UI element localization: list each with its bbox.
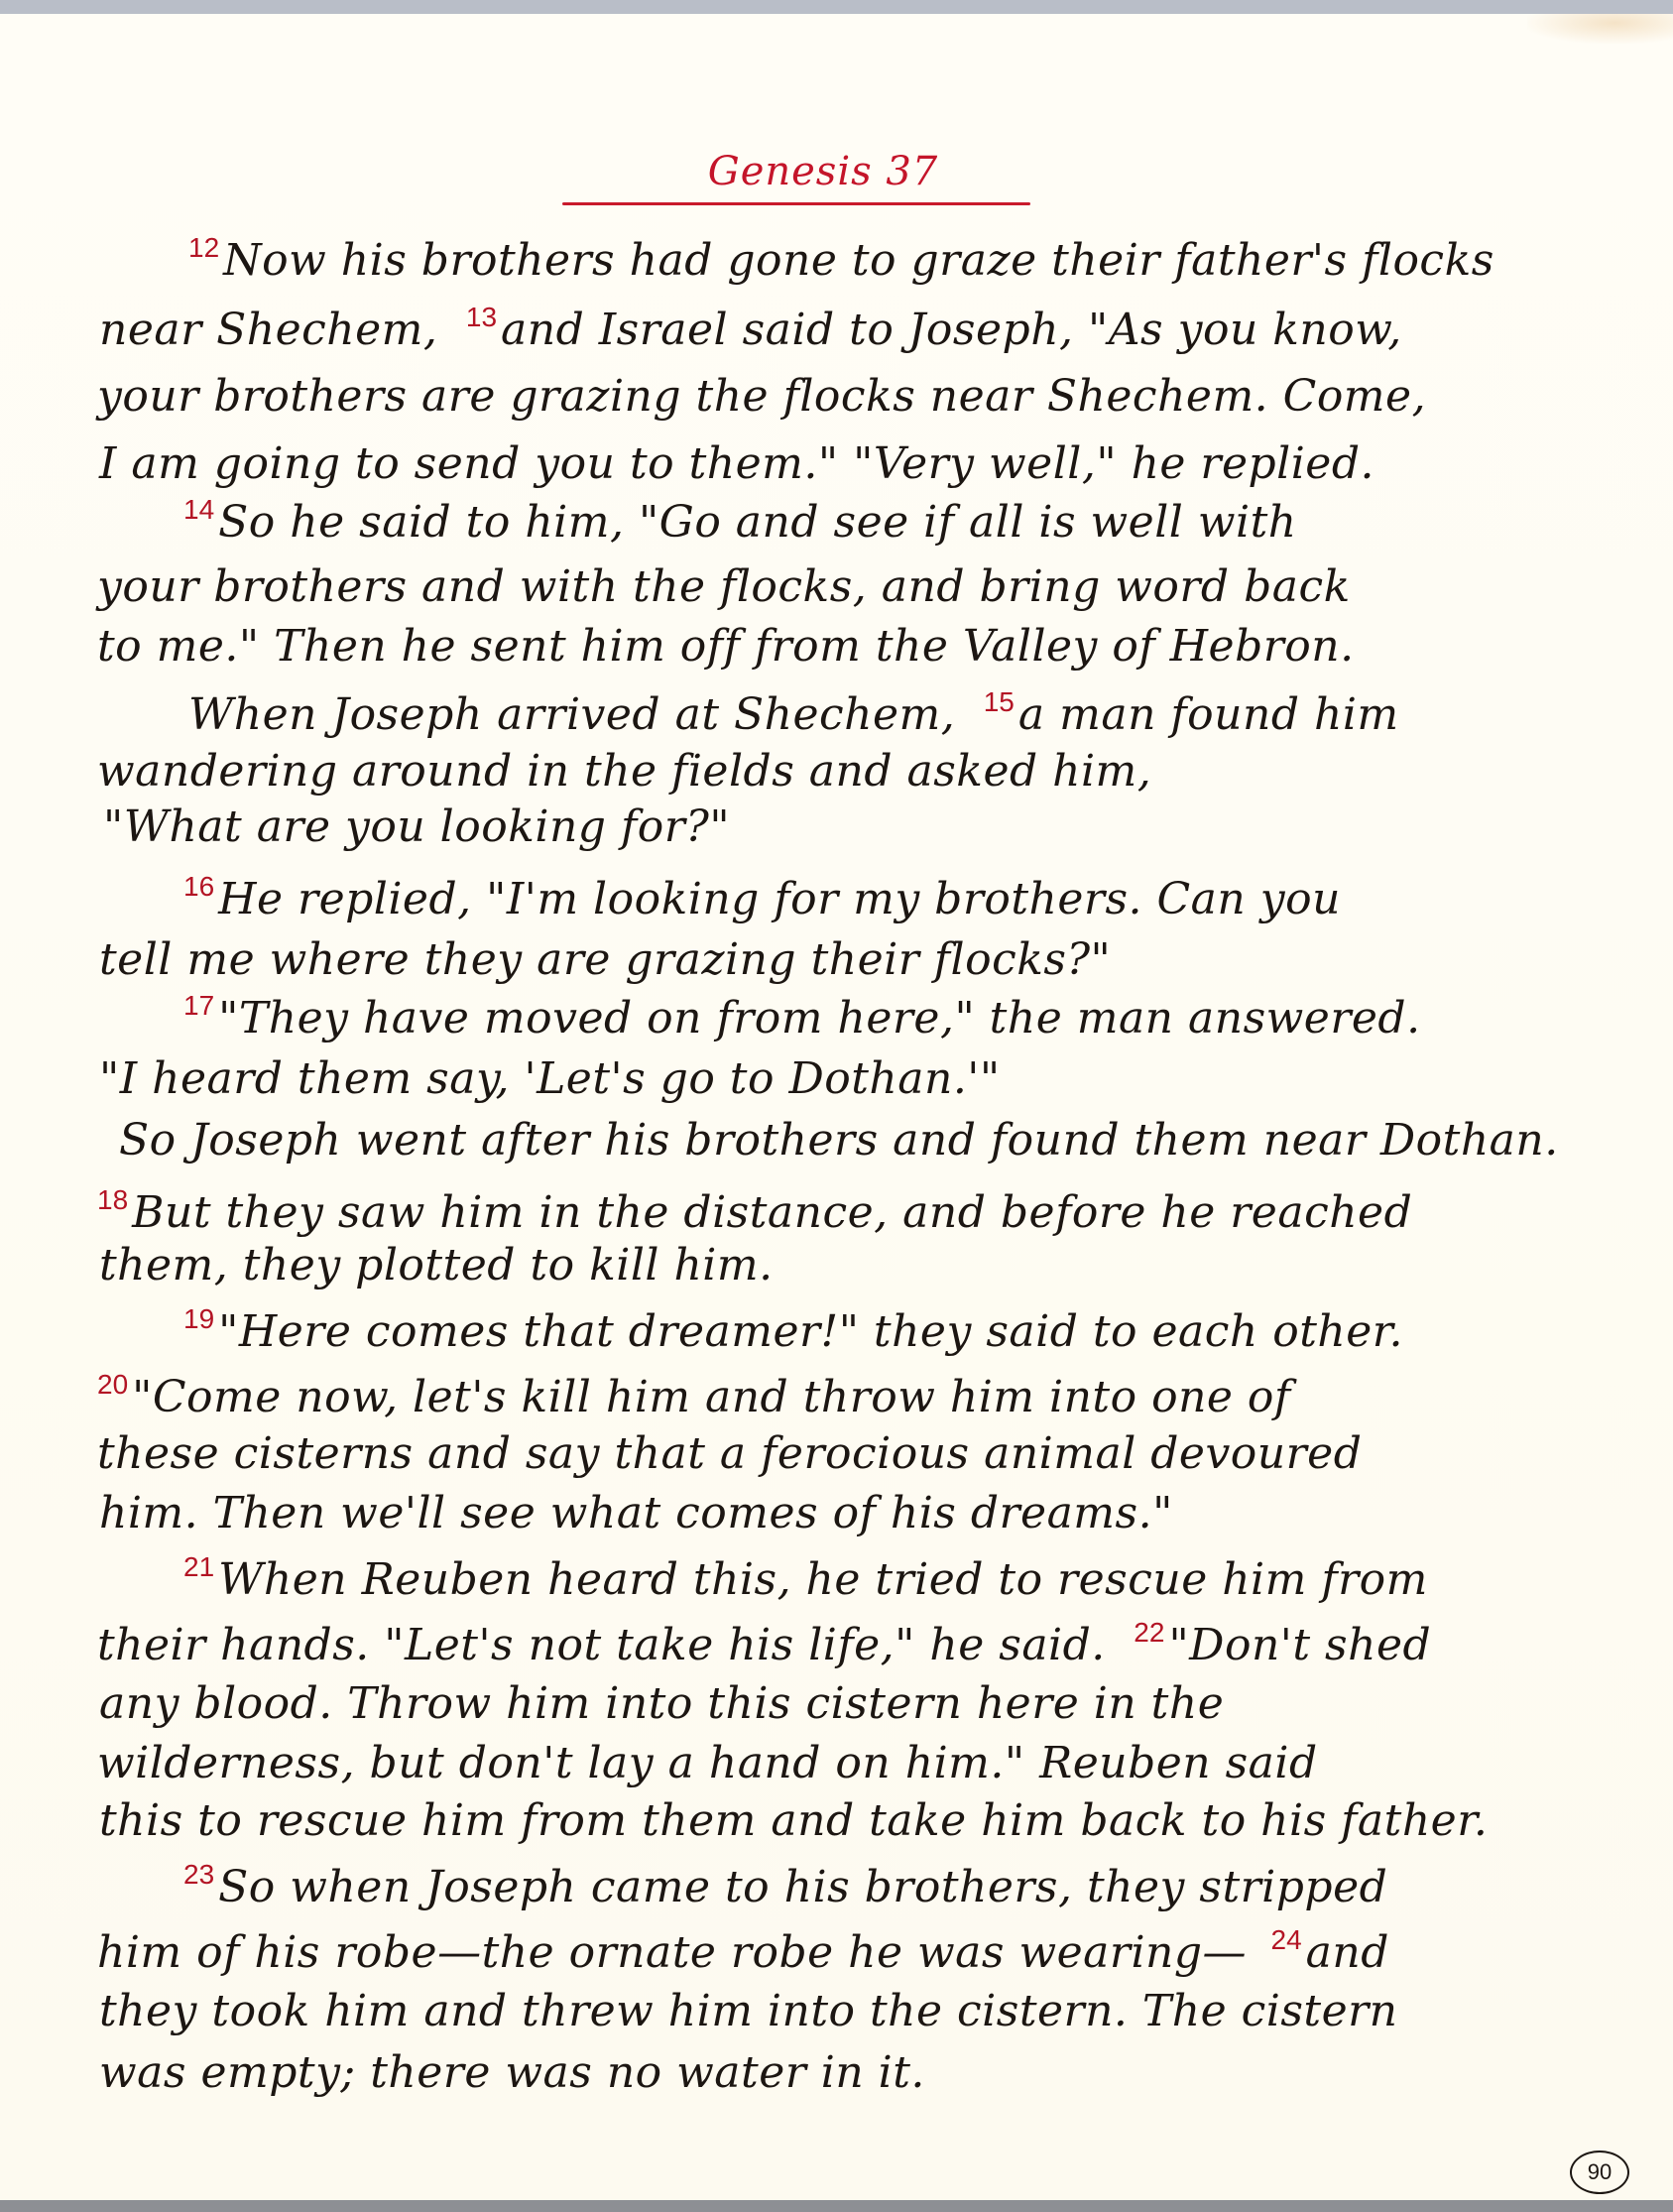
- text-line: 20"Come now, let's kill him and throw hi…: [97, 1371, 1291, 1419]
- line-text: your brothers are grazing the flocks nea…: [97, 371, 1426, 422]
- text-line: these cisterns and say that a ferocious …: [97, 1432, 1362, 1476]
- verse-number: 13: [466, 302, 497, 332]
- line-text: "Don't shed: [1168, 1620, 1431, 1670]
- line-text: him. Then we'll see what comes of his dr…: [99, 1488, 1173, 1538]
- text-line: to me." Then he sent him off from the Va…: [97, 625, 1355, 669]
- text-line: them, they plotted to kill him.: [99, 1244, 774, 1288]
- verse-number: 19: [183, 1303, 214, 1334]
- line-text: "Come now, let's kill him and throw him …: [132, 1372, 1291, 1422]
- text-line: I am going to send you to them." "Very w…: [99, 442, 1374, 486]
- line-text: Now his brothers had gone to graze their…: [223, 235, 1494, 286]
- page-number-badge: 90: [1570, 2151, 1629, 2194]
- line-text: He replied, "I'm looking for my brothers…: [218, 874, 1341, 924]
- paper-stain: [1527, 14, 1673, 44]
- line-text: any blood. Throw him into this cistern h…: [99, 1678, 1224, 1729]
- line-text: So he said to him, "Go and see if all is…: [218, 497, 1296, 548]
- line-text: near Shechem,: [99, 305, 437, 355]
- verse-number: 14: [183, 494, 214, 525]
- line-text: "I heard them say, 'Let's go to Dothan.'…: [99, 1053, 1001, 1104]
- scan-border-top: [0, 0, 1673, 14]
- text-line: 21When Reuben heard this, he tried to re…: [183, 1553, 1428, 1602]
- text-line: 14So he said to him, "Go and see if all …: [183, 496, 1297, 545]
- verse-number: 15: [984, 686, 1015, 717]
- title-underline: [562, 202, 1030, 205]
- text-line: So Joseph went after his brothers and fo…: [119, 1119, 1559, 1163]
- line-text: to me." Then he sent him off from the Va…: [97, 621, 1355, 672]
- text-line: 19"Here comes that dreamer!" they said t…: [183, 1305, 1403, 1354]
- line-text: was empty; there was no water in it.: [99, 2047, 925, 2098]
- text-line: this to rescue him from them and take hi…: [99, 1799, 1488, 1843]
- text-line: 16He replied, "I'm looking for my brothe…: [183, 873, 1341, 922]
- text-line: 17"They have moved on from here," the ma…: [183, 992, 1421, 1041]
- line-text: I am going to send you to them." "Very w…: [99, 438, 1374, 489]
- verse-number: 21: [183, 1551, 214, 1582]
- line-text: a man found him: [1018, 689, 1399, 740]
- text-line: your brothers are grazing the flocks nea…: [97, 375, 1426, 419]
- line-text: wandering around in the fields and asked…: [97, 746, 1151, 797]
- text-line: tell me where they are grazing their flo…: [99, 938, 1111, 982]
- line-text: and: [1306, 1927, 1389, 1978]
- text-line: near Shechem, 13and Israel said to Josep…: [99, 304, 1402, 352]
- text-line: was empty; there was no water in it.: [99, 2051, 925, 2095]
- line-text: "What are you looking for?": [103, 801, 730, 852]
- text-line: 12Now his brothers had gone to graze the…: [188, 234, 1494, 283]
- line-text: tell me where they are grazing their flo…: [99, 934, 1111, 985]
- line-text: their hands. "Let's not take his life," …: [97, 1620, 1106, 1670]
- text-line: they took him and threw him into the cis…: [99, 1990, 1397, 2033]
- line-text: When Joseph arrived at Shechem,: [188, 689, 955, 740]
- verse-number: 18: [97, 1184, 128, 1215]
- text-line: your brothers and with the flocks, and b…: [97, 565, 1351, 609]
- verse-number: 17: [183, 990, 214, 1021]
- line-text: your brothers and with the flocks, and b…: [97, 561, 1351, 612]
- verse-number: 24: [1271, 1924, 1302, 1955]
- line-text: them, they plotted to kill him.: [99, 1240, 774, 1290]
- text-line: When Joseph arrived at Shechem, 15a man …: [188, 688, 1399, 737]
- line-text: "Here comes that dreamer!" they said to …: [218, 1306, 1403, 1357]
- line-text: When Reuben heard this, he tried to resc…: [218, 1554, 1428, 1605]
- text-line: wandering around in the fields and asked…: [97, 750, 1151, 794]
- line-text: and Israel said to Joseph, "As you know,: [501, 305, 1402, 355]
- scan-border-bottom: [0, 2200, 1673, 2212]
- line-text: these cisterns and say that a ferocious …: [97, 1428, 1362, 1479]
- line-text: But they saw him in the distance, and be…: [132, 1187, 1412, 1238]
- text-line: their hands. "Let's not take his life," …: [97, 1619, 1431, 1667]
- text-line: "I heard them say, 'Let's go to Dothan.'…: [99, 1057, 1001, 1101]
- text-line: "What are you looking for?": [103, 805, 730, 849]
- text-line: him. Then we'll see what comes of his dr…: [99, 1492, 1173, 1536]
- text-line: 23So when Joseph came to his brothers, t…: [183, 1861, 1387, 1909]
- page-title-block: Genesis 37: [565, 149, 1081, 208]
- text-line: wilderness, but don't lay a hand on him.…: [97, 1742, 1318, 1785]
- verse-number: 20: [97, 1369, 128, 1400]
- verse-number: 12: [188, 232, 219, 263]
- line-text: they took him and threw him into the cis…: [99, 1986, 1397, 2036]
- text-line: 18But they saw him in the distance, and …: [97, 1186, 1412, 1235]
- line-text: So when Joseph came to his brothers, the…: [218, 1862, 1387, 1912]
- text-line: him of his robe—the ornate robe he was w…: [97, 1926, 1389, 1975]
- line-text: "They have moved on from here," the man …: [218, 993, 1420, 1044]
- verse-number: 22: [1134, 1617, 1164, 1648]
- line-text: him of his robe—the ornate robe he was w…: [97, 1927, 1247, 1978]
- line-text: this to rescue him from them and take hi…: [99, 1795, 1488, 1846]
- page-title: Genesis 37: [708, 149, 939, 194]
- verse-number: 16: [183, 871, 214, 902]
- line-text: So Joseph went after his brothers and fo…: [119, 1115, 1559, 1166]
- verse-number: 23: [183, 1859, 214, 1890]
- line-text: wilderness, but don't lay a hand on him.…: [97, 1738, 1318, 1788]
- text-line: any blood. Throw him into this cistern h…: [99, 1682, 1224, 1726]
